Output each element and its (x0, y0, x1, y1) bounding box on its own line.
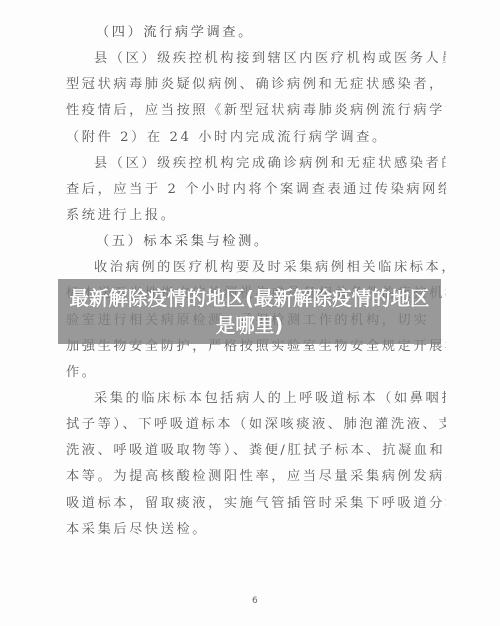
paragraph-line: 吸道标本，留取痰液，实施气管插管时采集下呼吸道分泌物，标 (66, 491, 446, 517)
paragraph-line: 县（区）级疾控机构完成确诊病例和无症状感染者的个案调 (66, 151, 446, 177)
section-heading-5: （五）标本采集与检测。 (66, 229, 446, 255)
paragraph-line: 型冠状病毒肺炎疑似病例、确诊病例和无症状感染者，以及聚集 (66, 72, 446, 98)
paragraph-line: 性疫情后，应当按照《新型冠状病毒肺炎病例流行病学调查方案》 (66, 98, 446, 124)
paragraph-line: 本采集后尽快送检。 (66, 517, 446, 543)
paragraph-line: 收治病例的医疗机构要及时采集病例相关临床标本，尽快将 (66, 255, 446, 281)
paragraph-line: 县（区）级疾控机构接到辖区内医疗机构或医务人员报告新 (66, 46, 446, 72)
paragraph-line: 查后，应当于 2 个小时内将个案调查表通过传染病网络报告信息 (66, 177, 446, 203)
paragraph-line: （附件 2）在 24 小时内完成流行病学调查。 (66, 125, 446, 151)
banner-title: 最新解除疫情的地区(最新解除疫情的地区是哪里) (70, 285, 430, 339)
section-heading-4: （四）流行病学调查。 (66, 20, 446, 46)
paragraph-line: 洗液、呼吸道吸取物等）、粪便/肛拭子标本、抗凝血和血清标 (66, 438, 446, 464)
paragraph-line: 系统进行上报。 (66, 203, 446, 229)
paragraph-line: 作。 (66, 360, 446, 386)
paragraph-line: 采集的临床标本包括病人的上呼吸道标本（如鼻咽拭子、咽 (66, 386, 446, 412)
paragraph-line: 拭子等）、下呼吸道标本（如深咳痰液、肺泡灌洗液、支气管灌 (66, 412, 446, 438)
page-number: 6 (252, 596, 258, 606)
paragraph-line: 本等。为提高核酸检测阳性率，应当尽量采集病例发病早期的呼 (66, 464, 446, 490)
title-overlay-banner: 最新解除疫情的地区(最新解除疫情的地区是哪里) (58, 279, 441, 344)
